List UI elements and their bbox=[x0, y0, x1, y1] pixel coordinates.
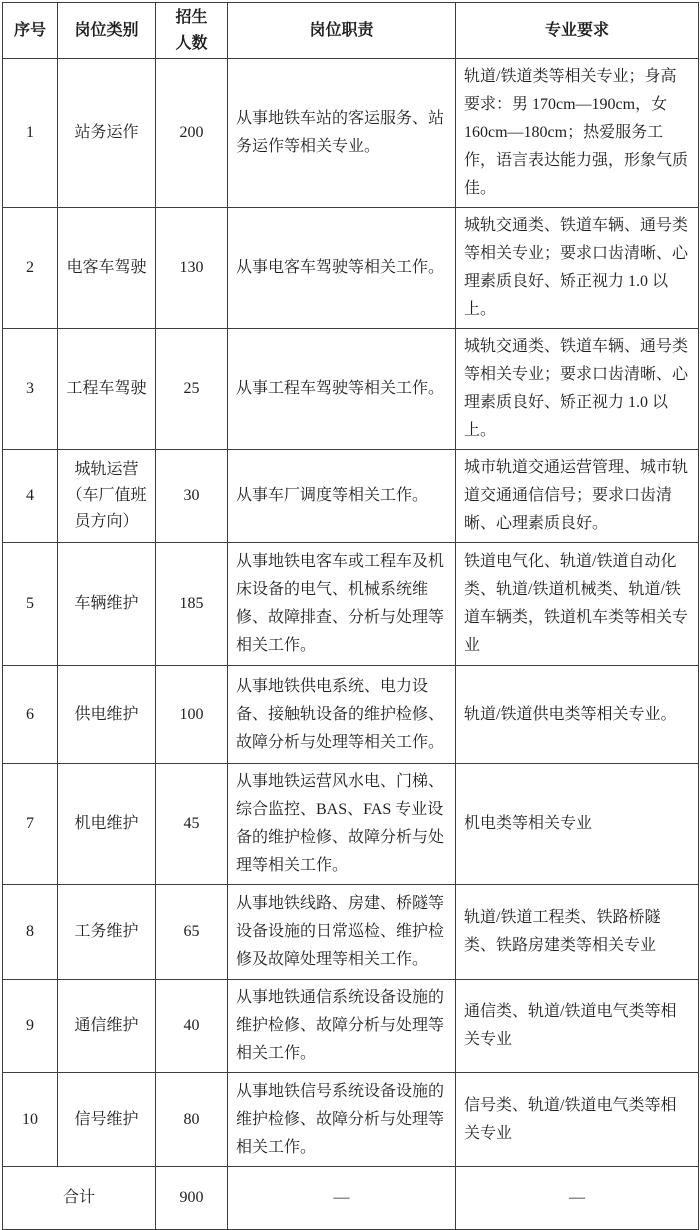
cell-req: 信号类、轨道/铁道电气类等相关专业 bbox=[456, 1073, 699, 1167]
cell-duty: 从事地铁电客车或工程车及机床设备的电气、机械系统维修、故障排查、分析与处理等相关… bbox=[228, 543, 456, 666]
cell-req: 城轨交通类、铁道车辆、通号类等相关专业；要求口齿清晰、心理素质良好、矫正视力 1… bbox=[456, 208, 699, 329]
header-req: 专业要求 bbox=[456, 3, 699, 59]
cell-category: 站务运作 bbox=[58, 59, 156, 208]
cell-duty: 从事地铁车站的客运服务、站务运作等相关专业。 bbox=[228, 59, 456, 208]
cell-duty: 从事车厂调度等相关工作。 bbox=[228, 450, 456, 543]
header-row: 序号 岗位类别 招生 人数 岗位职责 专业要求 bbox=[3, 3, 699, 59]
cell-count: 65 bbox=[156, 885, 228, 980]
table-row: 10 信号维护 80 从事地铁信号系统设备设施的维护检修、故障分析与处理等相关工… bbox=[3, 1073, 699, 1167]
table-row: 4 城轨运营（车厂值班员方向） 30 从事车厂调度等相关工作。 城市轨道交通运营… bbox=[3, 450, 699, 543]
cell-no: 5 bbox=[3, 543, 58, 666]
cell-category: 工程车驾驶 bbox=[58, 329, 156, 450]
cell-duty: 从事地铁通信系统设备设施的维护检修、故障分析与处理等相关工作。 bbox=[228, 980, 456, 1073]
cell-req: 轨道/铁道类等相关专业；身高要求：男 170cm—190cm，女 160cm—1… bbox=[456, 59, 699, 208]
page-body: 序号 岗位类别 招生 人数 岗位职责 专业要求 1 站务运作 200 从事地铁车… bbox=[0, 0, 700, 1230]
table-row: 1 站务运作 200 从事地铁车站的客运服务、站务运作等相关专业。 轨道/铁道类… bbox=[3, 59, 699, 208]
cell-category: 车辆维护 bbox=[58, 543, 156, 666]
cell-no: 6 bbox=[3, 666, 58, 764]
table-row: 7 机电维护 45 从事地铁运营风水电、门梯、综合监控、BAS、FAS 专业设备… bbox=[3, 764, 699, 885]
cell-count: 80 bbox=[156, 1073, 228, 1167]
total-req-dash: — bbox=[456, 1167, 699, 1230]
total-row: 合计 900 — — bbox=[3, 1167, 699, 1230]
table-row: 3 工程车驾驶 25 从事工程车驾驶等相关工作。 城轨交通类、铁道车辆、通号类等… bbox=[3, 329, 699, 450]
total-count: 900 bbox=[156, 1167, 228, 1230]
cell-req: 轨道/铁道工程类、铁路桥隧类、铁路房建类等相关专业 bbox=[456, 885, 699, 980]
table-row: 9 通信维护 40 从事地铁通信系统设备设施的维护检修、故障分析与处理等相关工作… bbox=[3, 980, 699, 1073]
header-count: 招生 人数 bbox=[156, 3, 228, 59]
cell-category: 信号维护 bbox=[58, 1073, 156, 1167]
cell-category: 通信维护 bbox=[58, 980, 156, 1073]
recruitment-table: 序号 岗位类别 招生 人数 岗位职责 专业要求 1 站务运作 200 从事地铁车… bbox=[2, 2, 699, 1230]
cell-count: 100 bbox=[156, 666, 228, 764]
cell-count: 30 bbox=[156, 450, 228, 543]
cell-category: 工务维护 bbox=[58, 885, 156, 980]
cell-req: 城轨交通类、铁道车辆、通号类等相关专业；要求口齿清晰、心理素质良好、矫正视力 1… bbox=[456, 329, 699, 450]
total-duty-dash: — bbox=[228, 1167, 456, 1230]
cell-no: 1 bbox=[3, 59, 58, 208]
cell-no: 9 bbox=[3, 980, 58, 1073]
cell-duty: 从事地铁供电系统、电力设备、接触轨设备的维护检修、故障分析与处理等相关工作。 bbox=[228, 666, 456, 764]
cell-req: 铁道电气化、轨道/铁道自动化类、轨道/铁道机械类、轨道/铁道车辆类，铁道机车类等… bbox=[456, 543, 699, 666]
cell-count: 200 bbox=[156, 59, 228, 208]
cell-no: 4 bbox=[3, 450, 58, 543]
table-row: 2 电客车驾驶 130 从事电客车驾驶等相关工作。 城轨交通类、铁道车辆、通号类… bbox=[3, 208, 699, 329]
header-category: 岗位类别 bbox=[58, 3, 156, 59]
cell-category: 城轨运营（车厂值班员方向） bbox=[58, 450, 156, 543]
cell-count: 45 bbox=[156, 764, 228, 885]
table-row: 8 工务维护 65 从事地铁线路、房建、桥隧等设备设施的日常巡检、维护检修及故障… bbox=[3, 885, 699, 980]
table-row: 6 供电维护 100 从事地铁供电系统、电力设备、接触轨设备的维护检修、故障分析… bbox=[3, 666, 699, 764]
header-duty: 岗位职责 bbox=[228, 3, 456, 59]
cell-duty: 从事地铁线路、房建、桥隧等设备设施的日常巡检、维护检修及故障处理等相关工作。 bbox=[228, 885, 456, 980]
cell-category: 供电维护 bbox=[58, 666, 156, 764]
cell-count: 25 bbox=[156, 329, 228, 450]
cell-no: 3 bbox=[3, 329, 58, 450]
cell-category: 电客车驾驶 bbox=[58, 208, 156, 329]
cell-req: 城市轨道交通运营管理、城市轨道交通通信信号；要求口齿清晰、心理素质良好。 bbox=[456, 450, 699, 543]
cell-duty: 从事工程车驾驶等相关工作。 bbox=[228, 329, 456, 450]
table-row: 5 车辆维护 185 从事地铁电客车或工程车及机床设备的电气、机械系统维修、故障… bbox=[3, 543, 699, 666]
cell-no: 2 bbox=[3, 208, 58, 329]
cell-duty: 从事地铁信号系统设备设施的维护检修、故障分析与处理等相关工作。 bbox=[228, 1073, 456, 1167]
cell-req: 通信类、轨道/铁道电气类等相关专业 bbox=[456, 980, 699, 1073]
header-no: 序号 bbox=[3, 3, 58, 59]
cell-req: 轨道/铁道供电类等相关专业。 bbox=[456, 666, 699, 764]
cell-no: 7 bbox=[3, 764, 58, 885]
cell-duty: 从事电客车驾驶等相关工作。 bbox=[228, 208, 456, 329]
cell-no: 10 bbox=[3, 1073, 58, 1167]
cell-count: 185 bbox=[156, 543, 228, 666]
total-label: 合计 bbox=[3, 1167, 156, 1230]
cell-no: 8 bbox=[3, 885, 58, 980]
cell-category: 机电维护 bbox=[58, 764, 156, 885]
cell-req: 机电类等相关专业 bbox=[456, 764, 699, 885]
cell-count: 40 bbox=[156, 980, 228, 1073]
cell-duty: 从事地铁运营风水电、门梯、综合监控、BAS、FAS 专业设备的维护检修、故障分析… bbox=[228, 764, 456, 885]
cell-count: 130 bbox=[156, 208, 228, 329]
